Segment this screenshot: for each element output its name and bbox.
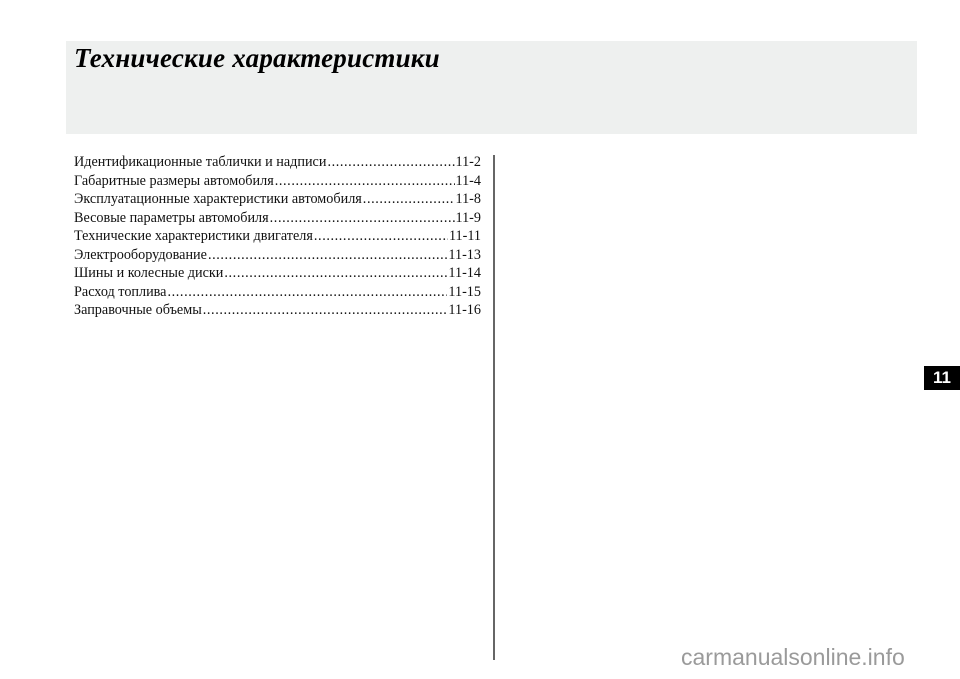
toc-entry-label: Идентификационные таблички и надписи	[74, 153, 326, 172]
toc-dot-leader	[314, 227, 448, 246]
toc-entry[interactable]: Заправочные объемы 11-16	[74, 301, 481, 320]
toc-entry-page: 11-4	[456, 172, 481, 191]
toc-entry-label: Весовые параметры автомобиля	[74, 209, 269, 228]
toc-entry-page: 11-13	[448, 246, 481, 265]
toc-dot-leader	[363, 190, 455, 209]
toc-dot-leader	[275, 172, 455, 191]
toc-dot-leader	[224, 264, 447, 283]
toc-entry-page: 11-2	[456, 153, 481, 172]
toc-entry-page: 11-15	[448, 283, 481, 302]
toc-entry[interactable]: Расход топлива 11-15	[74, 283, 481, 302]
toc-entry[interactable]: Эксплуатационные характеристики автомоби…	[74, 190, 481, 209]
toc-dot-leader	[270, 209, 455, 228]
toc-entry-label: Заправочные объемы	[74, 301, 202, 320]
toc-dot-leader	[167, 283, 447, 302]
chapter-number-tab: 11	[924, 366, 960, 390]
toc-dot-leader	[203, 301, 448, 320]
toc-dot-leader	[327, 153, 454, 172]
toc-entry[interactable]: Технические характеристики двигателя 11-…	[74, 227, 481, 246]
toc-entry-page: 11-9	[456, 209, 481, 228]
watermark-text: carmanualsonline.info	[681, 644, 905, 671]
toc-dot-leader	[208, 246, 447, 265]
toc-entry-label: Шины и колесные диски	[74, 264, 223, 283]
column-divider	[493, 155, 495, 660]
toc-entry-label: Технические характеристики двигателя	[74, 227, 313, 246]
chapter-header: Технические характеристики	[66, 41, 917, 134]
toc-entry-label: Электрооборудование	[74, 246, 207, 265]
toc-entry-label: Габаритные размеры автомобиля	[74, 172, 274, 191]
toc-entry-label: Эксплуатационные характеристики автомоби…	[74, 190, 362, 209]
toc-entry[interactable]: Идентификационные таблички и надписи 11-…	[74, 153, 481, 172]
toc-entry-page: 11-16	[448, 301, 481, 320]
toc-entry[interactable]: Весовые параметры автомобиля 11-9	[74, 209, 481, 228]
toc-entry-page: 11-8	[456, 190, 481, 209]
toc-entry-label: Расход топлива	[74, 283, 166, 302]
chapter-title: Технические характеристики	[74, 43, 440, 74]
toc-entry[interactable]: Габаритные размеры автомобиля 11-4	[74, 172, 481, 191]
toc-entry[interactable]: Электрооборудование 11-13	[74, 246, 481, 265]
toc-entry-page: 11-11	[449, 227, 481, 246]
table-of-contents: Идентификационные таблички и надписи 11-…	[74, 153, 481, 320]
toc-entry-page: 11-14	[448, 264, 481, 283]
toc-entry[interactable]: Шины и колесные диски 11-14	[74, 264, 481, 283]
